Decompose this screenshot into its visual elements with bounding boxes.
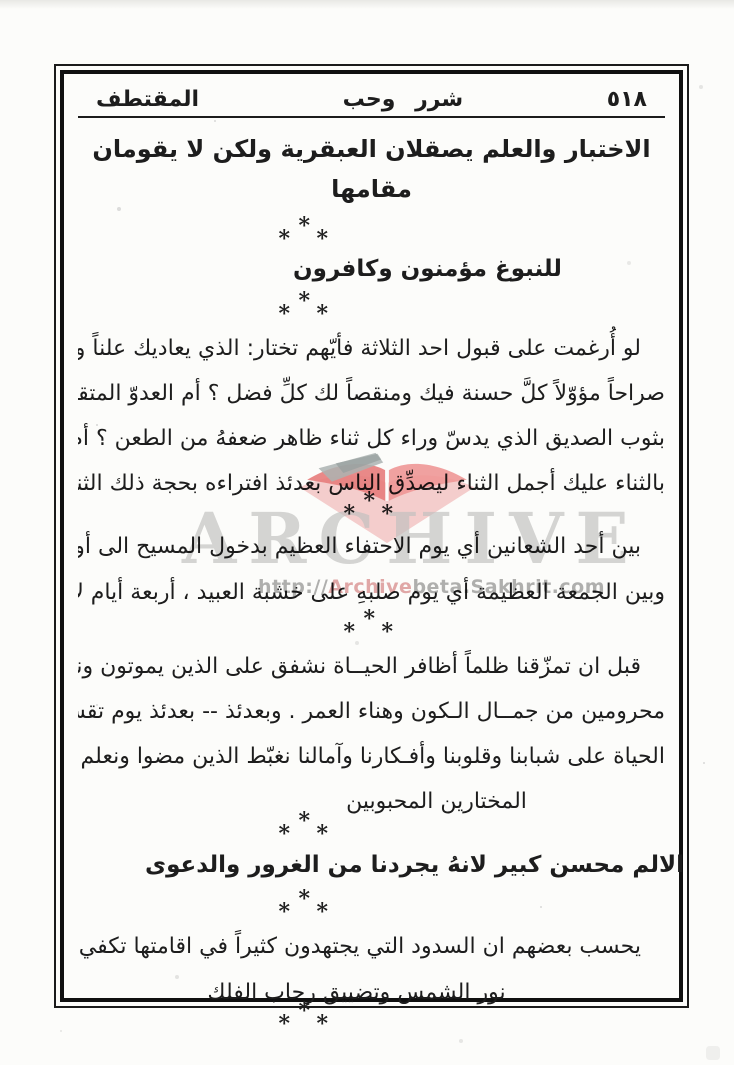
asterism-divider: * * * bbox=[275, 890, 339, 922]
text-line: بثوب الصديق الذي يدسّ وراء كل ثناء ظاهر … bbox=[78, 416, 665, 461]
text-line: يحسب بعضهم ان السدود التي يجتهدون كثيراً… bbox=[78, 924, 665, 970]
asterisk-glyph: * bbox=[279, 901, 291, 923]
asterisk-glyph: * bbox=[317, 823, 329, 845]
paragraph-palm-sunday: بين أحد الشعانين أي يوم الاحتفاء العظيم … bbox=[78, 524, 665, 616]
asterisk-glyph: * bbox=[317, 228, 329, 250]
text-line: المختارين المحبوبين bbox=[143, 779, 730, 824]
text-line: بين أحد الشعانين أي يوم الاحتفاء العظيم … bbox=[78, 524, 665, 570]
scan-noise bbox=[0, 0, 2, 2]
asterisk-glyph: * bbox=[279, 228, 291, 250]
asterisk-glyph: * bbox=[299, 810, 311, 832]
asterisk-glyph: * bbox=[299, 1000, 311, 1022]
asterisk-glyph: * bbox=[344, 503, 356, 525]
asterisk-glyph: * bbox=[364, 608, 376, 630]
asterisk-glyph: * bbox=[279, 1013, 291, 1035]
asterism-divider: * * * bbox=[275, 812, 339, 844]
asterism-divider: * * * bbox=[275, 292, 339, 326]
aphorism-line-3: الالم محسن كبير لانهُ يجردنا من الغرور و… bbox=[121, 844, 708, 886]
page-header: المقتطف شرر وحب ٥١٨ bbox=[78, 74, 665, 112]
aphorism-line-1: الاختبار والعلم يصقلان العبقرية ولكن لا … bbox=[78, 129, 665, 209]
asterism-divider: * * * bbox=[340, 610, 404, 642]
magazine-name: المقتطف bbox=[96, 87, 199, 112]
asterism-divider: * * * bbox=[340, 492, 404, 524]
asterisk-glyph: * bbox=[317, 303, 329, 325]
aphorism-line-2: للنبوغ مؤمنون وكافرون bbox=[134, 251, 721, 287]
paragraph-life-claws: قبل ان تمزّقنا ظلماً أظافر الحيــاة نشفق… bbox=[78, 644, 665, 824]
asterisk-glyph: * bbox=[382, 621, 394, 643]
asterisk-glyph: * bbox=[344, 621, 356, 643]
asterisk-glyph: * bbox=[299, 215, 311, 237]
header-rule bbox=[78, 116, 665, 118]
asterism-divider: * * * bbox=[275, 1002, 339, 1034]
asterisk-glyph: * bbox=[279, 303, 291, 325]
paragraph-enemies: لو أُرغمت على قبول احد الثلاثة فأيّهم تخ… bbox=[78, 326, 665, 506]
asterisk-glyph: * bbox=[299, 290, 311, 312]
page-border-frame: المقتطف شرر وحب ٥١٨ الاختبار والعلم يصقل… bbox=[54, 64, 689, 1008]
article-title: شرر وحب bbox=[343, 87, 463, 112]
asterisk-glyph: * bbox=[317, 1013, 329, 1035]
text-line: نور الشمس وتضييق رحاب الفلك bbox=[63, 970, 650, 1016]
text-line: محرومين من جمــال الـكون وهناء العمر . و… bbox=[78, 689, 665, 734]
asterisk-glyph: * bbox=[279, 823, 291, 845]
scanned-magazine-page: المقتطف شرر وحب ٥١٨ الاختبار والعلم يصقل… bbox=[0, 0, 734, 1065]
text-line: صراحاً مؤوّلاً كلَّ حسنة فيك ومنقصاً لك … bbox=[78, 371, 665, 416]
paragraph-dams: يحسب بعضهم ان السدود التي يجتهدون كثيراً… bbox=[78, 924, 665, 1016]
text-line: الحياة على شبابنا وقلوبنا وأفـكارنا وآما… bbox=[78, 734, 665, 779]
asterisk-glyph: * bbox=[382, 503, 394, 525]
asterisk-glyph: * bbox=[299, 888, 311, 910]
page-number: ٥١٨ bbox=[607, 87, 647, 112]
page-border-frame-inner: المقتطف شرر وحب ٥١٨ الاختبار والعلم يصقل… bbox=[60, 70, 683, 1002]
asterisk-glyph: * bbox=[364, 490, 376, 512]
asterism-divider: * * * bbox=[275, 217, 339, 251]
asterisk-glyph: * bbox=[317, 901, 329, 923]
text-line: قبل ان تمزّقنا ظلماً أظافر الحيــاة نشفق… bbox=[78, 644, 665, 689]
text-line: لو أُرغمت على قبول احد الثلاثة فأيّهم تخ… bbox=[78, 326, 665, 371]
